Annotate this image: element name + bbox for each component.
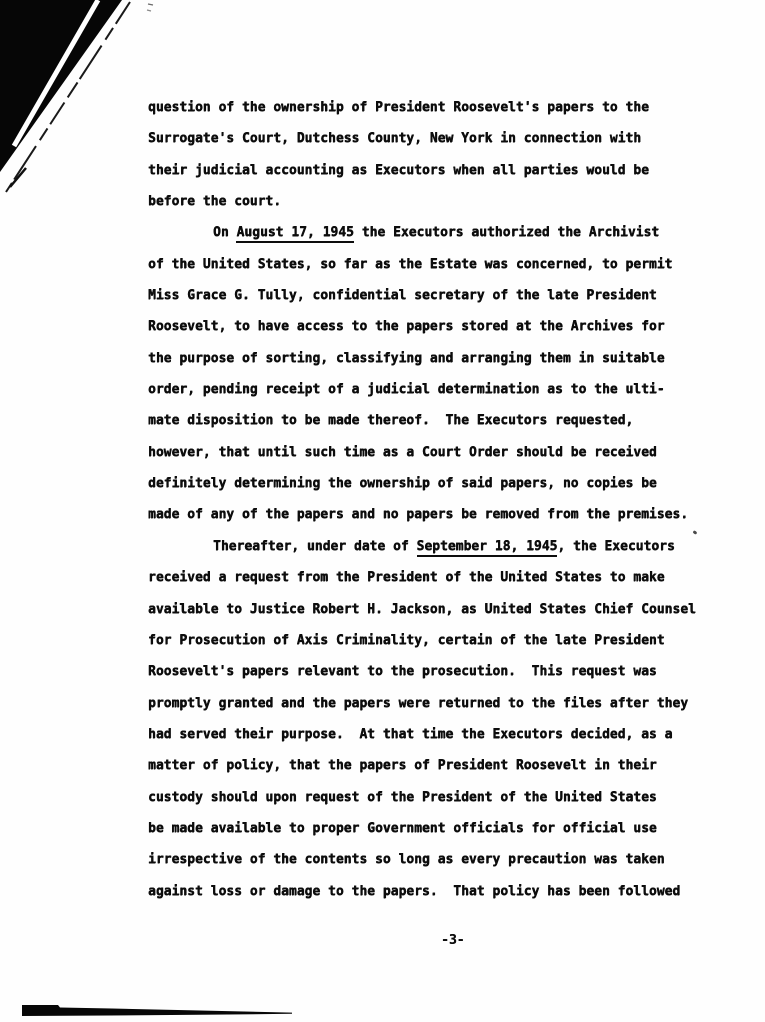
text-line: had served their purpose. At that time t… [148,719,723,750]
text-line: against loss or damage to the papers. Th… [148,876,723,907]
text-line: definitely determining the ownership of … [148,468,723,499]
text-line: of the United States, so far as the Esta… [148,249,723,280]
page-number: -3- [441,933,464,948]
text-line: matter of policy, that the papers of Pre… [148,750,723,781]
text-line: be made available to proper Government o… [148,813,723,844]
text-line: Thereafter, under date of September 18, … [148,531,723,562]
text-line: their judicial accounting as Executors w… [148,155,723,186]
text-line: before the court. [148,186,723,217]
text-line: mate disposition to be made thereof. The… [148,405,723,436]
text-line: available to Justice Robert H. Jackson, … [148,594,723,625]
text-line: promptly granted and the papers were ret… [148,688,723,719]
text-line: Roosevelt's papers relevant to the prose… [148,656,723,687]
text-line: Miss Grace G. Tully, confidential secret… [148,280,723,311]
text-line: irrespective of the contents so long as … [148,844,723,875]
text-line: On August 17, 1945 the Executors authori… [148,217,723,248]
text-line: question of the ownership of President R… [148,92,723,123]
scanned-document-page: question of the ownership of President R… [0,0,765,1022]
text-line: Roosevelt, to have access to the papers … [148,311,723,342]
text-line: custody should upon request of the Presi… [148,782,723,813]
document-body: question of the ownership of President R… [148,92,723,907]
text-line: received a request from the President of… [148,562,723,593]
text-line: however, that until such time as a Court… [148,437,723,468]
text-line: for Prosecution of Axis Criminality, cer… [148,625,723,656]
text-line: order, pending receipt of a judicial det… [148,374,723,405]
scan-speck-top-mark [145,2,157,14]
scan-smudge-bottom-artifact [0,990,320,1022]
text-line: the purpose of sorting, classifying and … [148,343,723,374]
underlined-date: August 17, 1945 [236,225,353,243]
text-line: Surrogate's Court, Dutchess County, New … [148,123,723,154]
underlined-date: September 18, 1945 [417,539,558,557]
text-line: made of any of the papers and no papers … [148,499,723,530]
